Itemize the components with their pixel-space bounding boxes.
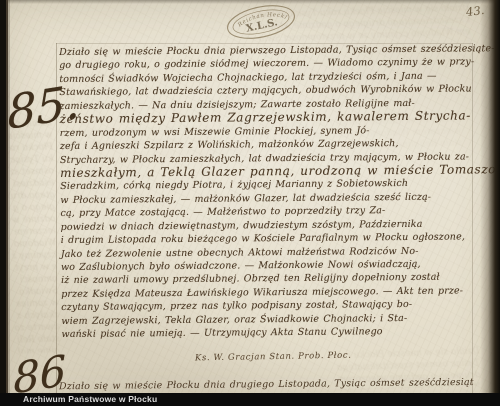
- registrar-signature: Ks. W. Gracjan Stan. Prob. Płoc.: [195, 351, 352, 364]
- scan-edge-right: [480, 0, 500, 406]
- text-line: wański pisać nie umieją. — Utrzymujący A…: [61, 324, 487, 341]
- scan-edge-top: [0, 0, 500, 4]
- scan-edge-left: [0, 0, 12, 406]
- record-86-first-line: Działo się w mieście Płocku dnia drugieg…: [59, 377, 489, 393]
- record-85-text: Działo się w mieście Płocku dnia pierwsz…: [59, 42, 488, 341]
- scanned-archive-page: { "page": { "number": "43.", "archive_wa…: [0, 0, 500, 406]
- archive-watermark-bar: Archiwum Państwowe w Płocku: [0, 393, 500, 406]
- archive-watermark-text: Archiwum Państwowe w Płocku: [23, 394, 157, 404]
- bleed-through-text: Działo się w mieście Płocku roku Tysiąc …: [6, 117, 60, 353]
